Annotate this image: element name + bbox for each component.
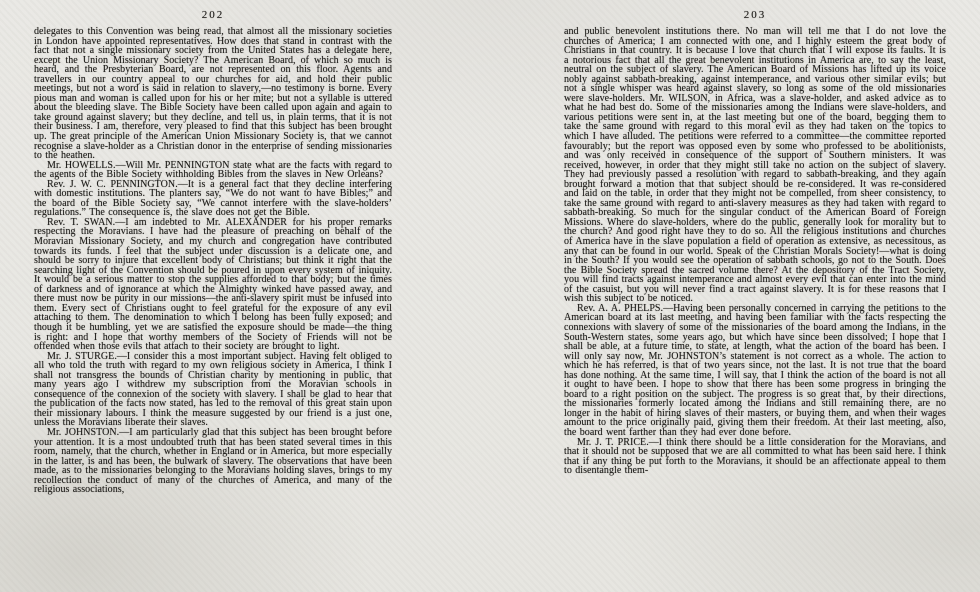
- page-202-text: delegates to this Convention was being r…: [34, 27, 392, 495]
- paragraph-swan: Rev. T. SWAN.—I am indebted to Mr. ALEXA…: [34, 218, 392, 352]
- page-202: 202 delegates to this Convention was bei…: [34, 0, 392, 495]
- paragraph-phelps: Rev. A. A. PHELPS.—Having been personall…: [564, 304, 946, 438]
- paragraph-sturge: Mr. J. STURGE.—I consider this a most im…: [34, 352, 392, 428]
- scanned-book-spread: 202 delegates to this Convention was bei…: [0, 0, 980, 592]
- paragraph-johnston: Mr. JOHNSTON.—I am particularly glad tha…: [34, 428, 392, 495]
- paragraph-continuation: delegates to this Convention was being r…: [34, 27, 392, 161]
- paragraph-pennington: Rev. J. W. C. PENNINGTON.—It is a genera…: [34, 180, 392, 218]
- page-203: 203 and public benevolent institutions t…: [564, 0, 946, 476]
- paragraph-howells: Mr. HOWELLS.—Will Mr. PENNINGTON state w…: [34, 161, 392, 180]
- page-203-text: and public benevolent institutions there…: [564, 27, 946, 476]
- paragraph-price: Mr. J. T. PRICE.—I think there should be…: [564, 438, 946, 476]
- paragraph-continuation: and public benevolent institutions there…: [564, 27, 946, 304]
- page-number-left: 202: [34, 9, 392, 21]
- page-number-right: 203: [564, 9, 946, 21]
